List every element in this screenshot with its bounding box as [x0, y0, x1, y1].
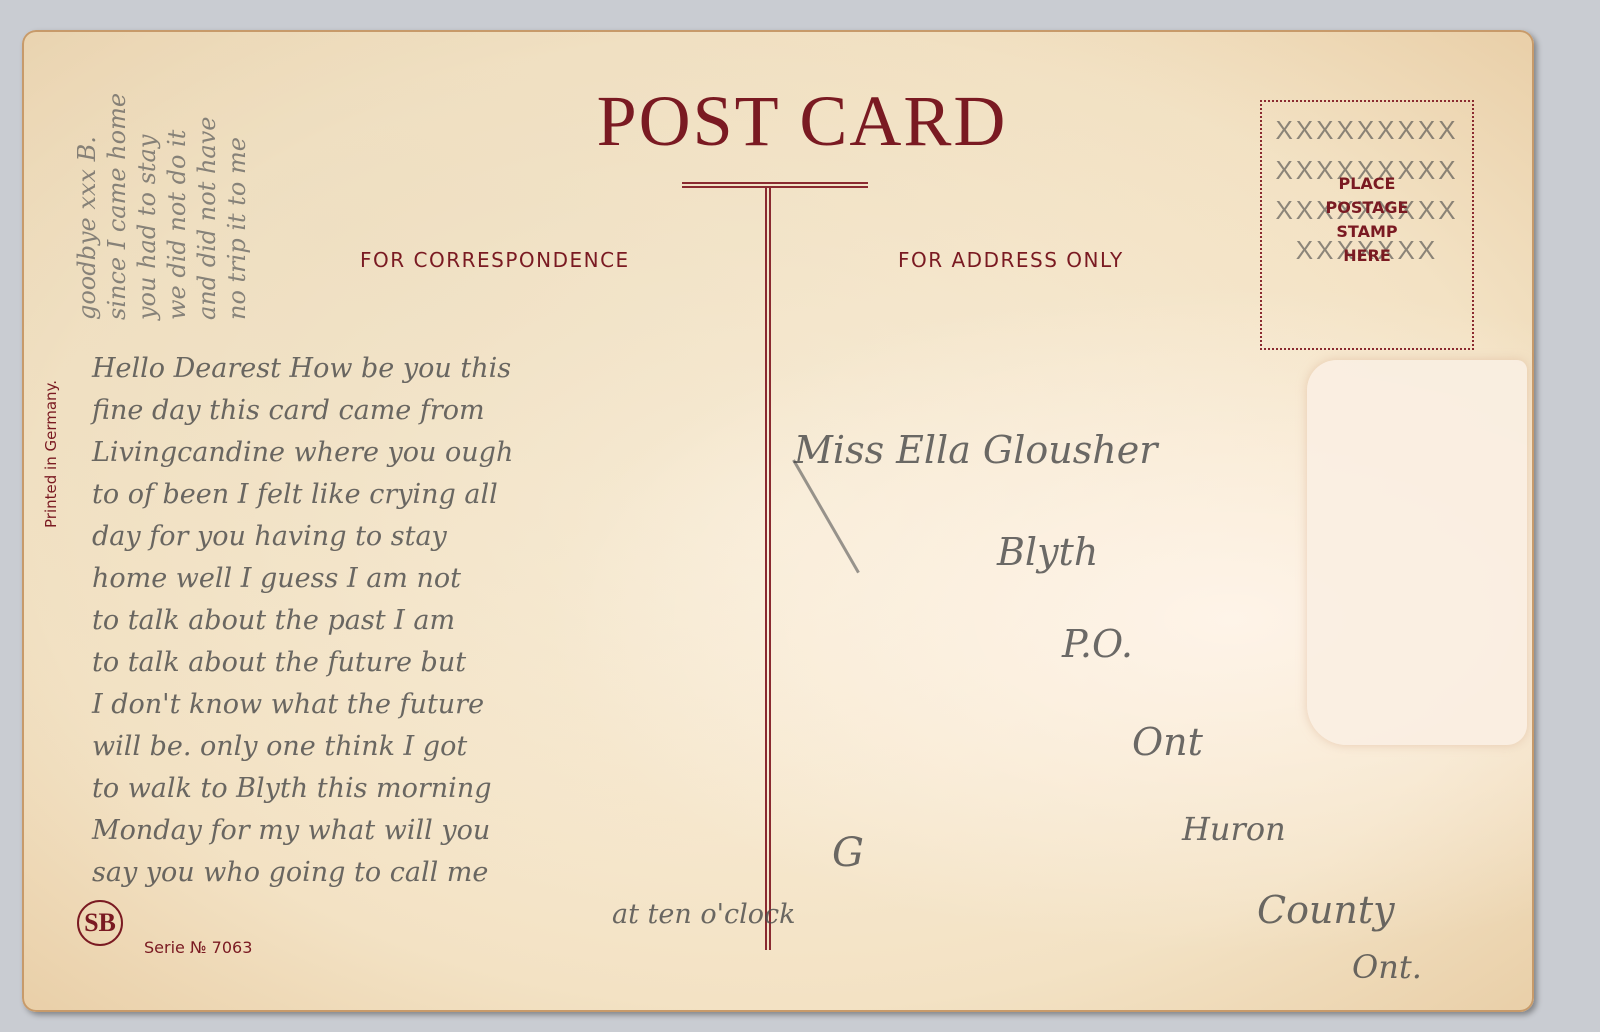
- stamp-box-text: PLACE POSTAGE STAMP HERE: [1262, 172, 1472, 268]
- message-line: to of been I felt like crying all: [92, 474, 796, 516]
- address-line: Ont: [1132, 720, 1203, 764]
- address-line: P.O.: [1062, 622, 1133, 666]
- message-line: fine day this card came from: [92, 390, 796, 432]
- message-line: say you who going to call me: [92, 852, 796, 894]
- message-line: Monday for my what will you: [92, 810, 796, 852]
- stamp-text-line: PLACE: [1262, 172, 1472, 196]
- margin-line: you had to stay: [132, 93, 162, 320]
- postcard: POST CARD FOR CORRESPONDENCE FOR ADDRESS…: [22, 30, 1534, 1012]
- message-line: Livingcandine where you ough: [92, 432, 796, 474]
- message-line: at ten o'clock: [92, 894, 796, 936]
- message-line: to talk about the past I am: [92, 600, 796, 642]
- postcard-title: POST CARD: [552, 80, 1052, 163]
- stamp-text-line: STAMP: [1262, 220, 1472, 244]
- stamp-text-line: HERE: [1262, 244, 1472, 268]
- card-crease: [792, 459, 860, 573]
- address-line: Blyth: [997, 530, 1098, 574]
- stamp-text-line: POSTAGE: [1262, 196, 1472, 220]
- message-line: to talk about the future but: [92, 642, 796, 684]
- address-line: Ont.: [1352, 948, 1422, 986]
- margin-line: since I came home: [102, 93, 132, 320]
- message-line: Hello Dearest How be you this: [92, 348, 796, 390]
- message-line: to walk to Blyth this morning: [92, 768, 796, 810]
- message-line: home well I guess I am not: [92, 558, 796, 600]
- message-line: I don't know what the future: [92, 684, 796, 726]
- margin-handwriting: goodbye xxx B. since I came home you had…: [72, 93, 252, 320]
- margin-line: we did not do it: [162, 93, 192, 320]
- printed-in-label: Printed in Germany.: [42, 380, 60, 528]
- address-label: FOR ADDRESS ONLY: [898, 248, 1124, 272]
- address-line: Huron: [1182, 810, 1286, 848]
- message-line: will be. only one think I got: [92, 726, 796, 768]
- margin-line: and did not have: [192, 93, 222, 320]
- margin-line: no trip it to me: [222, 93, 252, 320]
- torn-paper-patch: [1307, 360, 1527, 745]
- message-line: day for you having to stay: [92, 516, 796, 558]
- initial-g: G: [832, 830, 864, 876]
- correspondence-label: FOR CORRESPONDENCE: [360, 248, 630, 272]
- stamp-box: XXXXXXXXXXXXXXXXXXXXXXXXXXXXXXXXXX PLACE…: [1260, 100, 1474, 350]
- divider-top-bar: [682, 182, 868, 188]
- series-number: Serie № 7063: [144, 938, 252, 957]
- address-line: County: [1257, 888, 1395, 932]
- margin-line: goodbye xxx B.: [72, 93, 102, 320]
- handwritten-message: Hello Dearest How be you this fine day t…: [92, 348, 796, 936]
- address-line: Miss Ella Glousher: [794, 428, 1157, 472]
